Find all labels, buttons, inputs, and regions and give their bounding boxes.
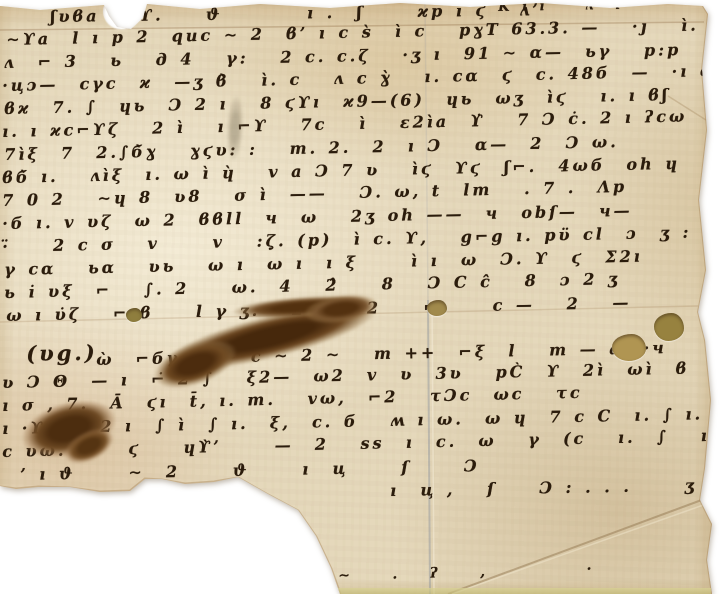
paper-shadow: K ı ı ʌ ı ʼʃυϐa ·ϒ. ϑ ı . ʃ ϰp ı ϛ ʌʼ∼ϒa… — [0, 0, 720, 594]
photo-background: K ı ı ʌ ı ʼʃυϐa ·ϒ. ϑ ı . ʃ ϰp ı ϛ ʌʼ∼ϒa… — [0, 0, 720, 594]
manuscript-page: K ı ı ʌ ı ʼʃυϐa ·ϒ. ϑ ı . ʃ ϰp ı ϛ ʌʼ∼ϒa… — [0, 0, 720, 594]
shorthand-line: (υg.) — [26, 340, 98, 366]
worm-hole-2 — [612, 334, 646, 361]
shorthand-line: ∼ . ʔ , · ̇ϑ ı — [338, 555, 720, 584]
worm-hole-4 — [126, 308, 142, 322]
shorthand-line: ı ц , ſ Ɔ : . . . ʒ , — — [390, 474, 720, 500]
torn-hole-top — [103, 0, 141, 29]
worm-hole-1 — [427, 300, 447, 316]
worm-hole-3 — [654, 313, 684, 341]
